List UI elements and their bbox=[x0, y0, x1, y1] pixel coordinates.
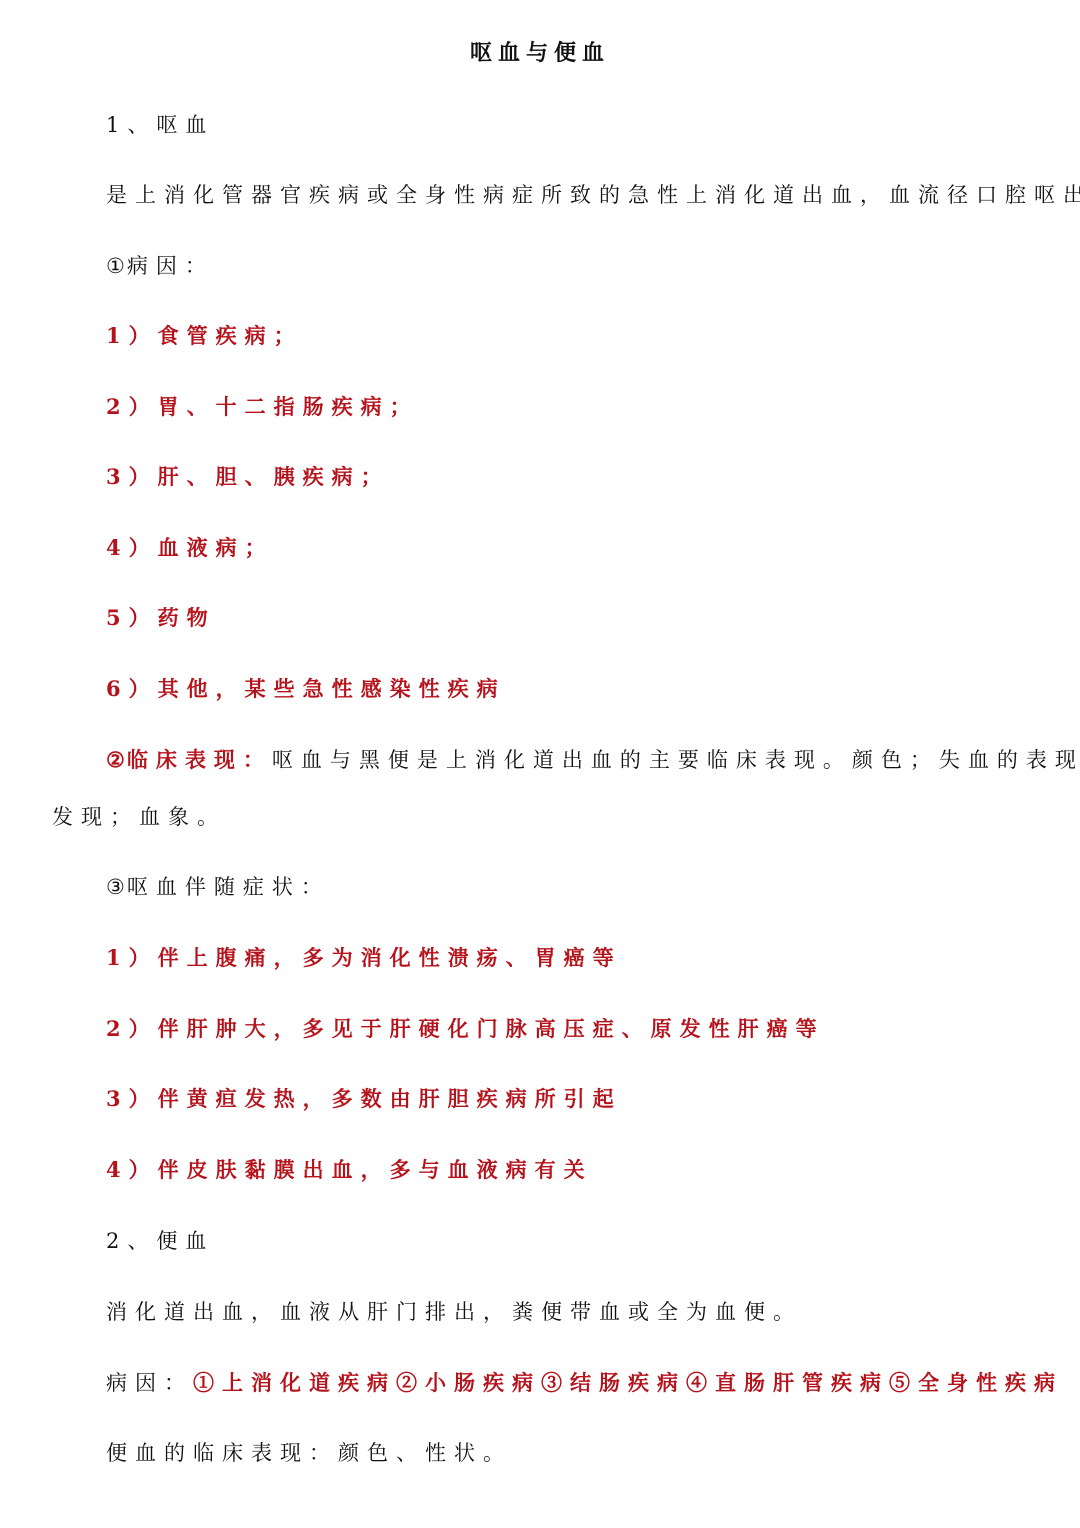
symptoms-label: 呕血伴随症状： bbox=[127, 875, 330, 899]
symptoms-heading: ③呕血伴随症状： bbox=[106, 872, 330, 902]
page-title: 呕血与便血 bbox=[0, 38, 1080, 68]
symptom-item: 3）伴黄疸发热，多数由肝胆疾病所引起 bbox=[106, 1084, 622, 1114]
cause-item: 1）食管疾病； bbox=[106, 321, 303, 351]
circled-number-1: ① bbox=[106, 251, 125, 281]
clinical-label: 临床表现： bbox=[127, 747, 272, 772]
clinical-text-continued: 发现；血象。 bbox=[52, 802, 226, 832]
cause-item: 3）肝、胆、胰疾病； bbox=[106, 462, 390, 492]
symptom-item: 1）伴上腹痛，多为消化性溃疡、胃癌等 bbox=[106, 943, 622, 973]
section2-cause-item: ③结肠疾病 bbox=[541, 1370, 686, 1395]
section2-cause-item: ②小肠疾病 bbox=[396, 1370, 541, 1395]
section2-clinical: 便血的临床表现：颜色、性状。 bbox=[106, 1438, 512, 1468]
circled-number-3: ③ bbox=[106, 872, 125, 902]
symptom-item: 2）伴肝肿大，多见于肝硬化门脉高压症、原发性肝癌等 bbox=[106, 1014, 825, 1044]
cause-item: 6）其他，某些急性感染性疾病 bbox=[106, 674, 506, 704]
cause-item: 2）胃、十二指肠疾病； bbox=[106, 392, 419, 422]
cause-item: 5）药物 bbox=[106, 603, 216, 633]
section1-definition: 是上消化管器官疾病或全身性病症所致的急性上消化道出血，血流径口腔呕出。 bbox=[106, 180, 1080, 210]
clinical-paragraph: ②临床表现：呕血与黑便是上消化道出血的主要临床表现。颜色；失血的表现； bbox=[106, 745, 1080, 775]
section2-causes: 病因：①上消化道疾病②小肠疾病③结肠疾病④直肠肝管疾病⑤全身性疾病 bbox=[106, 1368, 1063, 1398]
causes-heading: ①病因： bbox=[106, 251, 214, 281]
section2-cause-item: ①上消化道疾病 bbox=[193, 1370, 396, 1395]
circled-number-2: ② bbox=[106, 745, 125, 775]
symptom-item: 4）伴皮肤黏膜出血，多与血液病有关 bbox=[106, 1155, 593, 1185]
section2-causes-label: 病因： bbox=[106, 1371, 193, 1395]
section2-cause-item: ⑤全身性疾病 bbox=[889, 1370, 1063, 1395]
section2-heading: 2、便血 bbox=[106, 1226, 214, 1256]
section1-heading: 1、呕血 bbox=[106, 110, 214, 140]
section2-definition: 消化道出血，血液从肝门排出，粪便带血或全为血便。 bbox=[106, 1297, 802, 1327]
causes-label: 病因： bbox=[127, 254, 214, 278]
section2-cause-item: ④直肠肝管疾病 bbox=[686, 1370, 889, 1395]
cause-item: 4）血液病； bbox=[106, 533, 274, 563]
clinical-text: 呕血与黑便是上消化道出血的主要临床表现。颜色；失血的表现； bbox=[272, 748, 1080, 772]
